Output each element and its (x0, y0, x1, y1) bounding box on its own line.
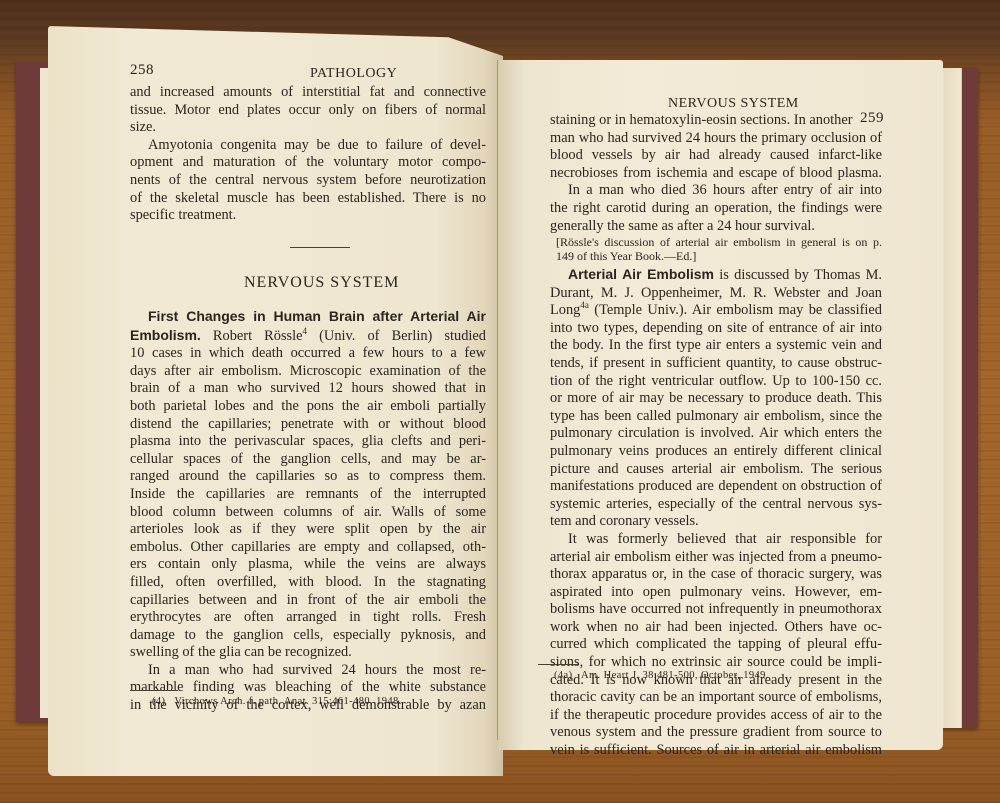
running-head-left: PATHOLOGY (310, 66, 397, 82)
running-head-right: NERVOUS SYSTEM (668, 96, 799, 112)
left-page: 258 PATHOLOGY and increased amounts of i… (48, 26, 503, 776)
section-title-nervous-system: NERVOUS SYSTEM (244, 274, 399, 292)
right-top-text: staining or in hematoxylin-eosin section… (550, 112, 882, 235)
footnote-4a: (4a) Am. Heart J. 38:481-500, October, 1… (554, 670, 769, 681)
footnote-rule-left (130, 690, 178, 691)
article-title: First Changes in Human Brain after Arter… (148, 308, 486, 324)
page-number-left: 258 (130, 62, 154, 79)
footnote-rule-right (538, 664, 578, 665)
right-page: NERVOUS SYSTEM 259 staining or in hemato… (498, 60, 943, 750)
editor-note: [Rössle's discussion of arterial air emb… (556, 235, 882, 263)
footnote-4: (4) Virchows Arch. f. path. Anat. 315:46… (152, 696, 402, 707)
article-rossle: First Changes in Human Brain after Arter… (130, 308, 486, 715)
left-top-text: and increased amounts of interstitial fa… (130, 84, 486, 225)
section-divider (290, 247, 350, 248)
article-durant: Arterial Air Embolism is discussed by Th… (550, 266, 882, 760)
article-title-arterial-air-embolism: Arterial Air Embolism (568, 266, 714, 282)
